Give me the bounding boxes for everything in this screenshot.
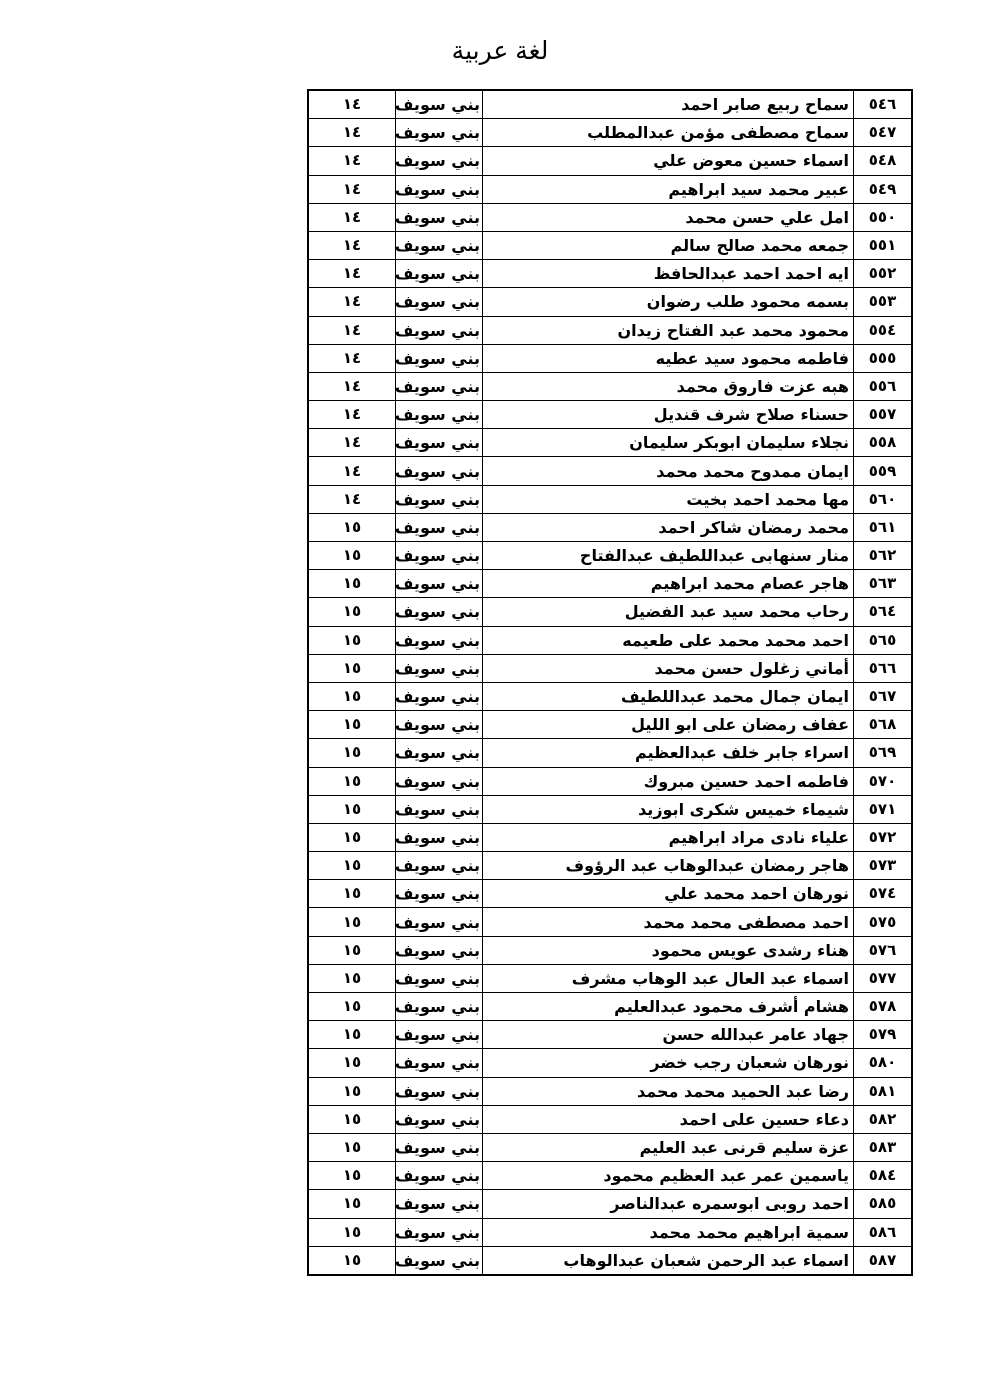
name-cell: أماني زغلول حسن محمد [483, 654, 854, 682]
table-row: ٥٧٧اسماء عبد العال عبد الوهاب مشرفبني سو… [308, 964, 912, 992]
governorate-cell: بني سويف [396, 936, 483, 964]
table-row: ٥٦٤رحاب محمد سيد عبد الفضيلبني سويف١٥ [308, 598, 912, 626]
table-row: ٥٧٣هاجر رمضان عبدالوهاب عبد الرؤوفبني سو… [308, 852, 912, 880]
row-number-cell: ٥٧٦ [854, 936, 913, 964]
row-number-cell: ٥٥٥ [854, 344, 913, 372]
table-row: ٥٧٠فاطمه احمد حسين مبروكبني سويف١٥ [308, 767, 912, 795]
name-cell: فاطمه محمود سيد عطيه [483, 344, 854, 372]
row-number-cell: ٥٨٤ [854, 1162, 913, 1190]
table-row: ٥٧١شيماء خميس شكرى ابوزيدبني سويف١٥ [308, 795, 912, 823]
row-number-cell: ٥٨٣ [854, 1133, 913, 1161]
row-number-cell: ٥٥٤ [854, 316, 913, 344]
group-cell: ١٤ [308, 485, 396, 513]
governorate-cell: بني سويف [396, 260, 483, 288]
name-cell: اسماء حسين معوض علي [483, 147, 854, 175]
table-row: ٥٧٥احمد مصطفى محمد محمدبني سويف١٥ [308, 908, 912, 936]
governorate-cell: بني سويف [396, 90, 483, 119]
table-row: ٥٥٧حسناء صلاح شرف قنديلبني سويف١٤ [308, 401, 912, 429]
governorate-cell: بني سويف [396, 682, 483, 710]
row-number-cell: ٥٨٦ [854, 1218, 913, 1246]
group-cell: ١٥ [308, 598, 396, 626]
governorate-cell: بني سويف [396, 175, 483, 203]
name-cell: دعاء حسين على احمد [483, 1105, 854, 1133]
group-cell: ١٤ [308, 344, 396, 372]
name-cell: جمعه محمد صالح سالم [483, 231, 854, 259]
name-cell: هشام أشرف محمود عبدالعليم [483, 993, 854, 1021]
group-cell: ١٥ [308, 880, 396, 908]
name-cell: حسناء صلاح شرف قنديل [483, 401, 854, 429]
governorate-cell: بني سويف [396, 344, 483, 372]
group-cell: ١٥ [308, 1077, 396, 1105]
name-cell: عبير محمد سيد ابراهيم [483, 175, 854, 203]
governorate-cell: بني سويف [396, 401, 483, 429]
group-cell: ١٥ [308, 570, 396, 598]
name-cell: نورهان احمد محمد علي [483, 880, 854, 908]
table-row: ٥٥٦هبه عزت فاروق محمدبني سويف١٤ [308, 372, 912, 400]
governorate-cell: بني سويف [396, 542, 483, 570]
governorate-cell: بني سويف [396, 711, 483, 739]
table-row: ٥٧٩جهاد عامر عبدالله حسنبني سويف١٥ [308, 1021, 912, 1049]
name-cell: احمد مصطفى محمد محمد [483, 908, 854, 936]
governorate-cell: بني سويف [396, 457, 483, 485]
group-cell: ١٥ [308, 513, 396, 541]
table-row: ٥٤٦سماح ربيع صابر احمدبني سويف١٤ [308, 90, 912, 119]
row-number-cell: ٥٧٣ [854, 852, 913, 880]
table-row: ٥٧٢علياء نادى مراد ابراهيمبني سويف١٥ [308, 823, 912, 851]
table-row: ٥٧٤نورهان احمد محمد عليبني سويف١٥ [308, 880, 912, 908]
table-row: ٥٥٠امل علي حسن محمدبني سويف١٤ [308, 203, 912, 231]
group-cell: ١٥ [308, 1049, 396, 1077]
row-number-cell: ٥٧٤ [854, 880, 913, 908]
group-cell: ١٥ [308, 936, 396, 964]
name-cell: نورهان شعبان رجب خضر [483, 1049, 854, 1077]
table-row: ٥٤٨اسماء حسين معوض عليبني سويف١٤ [308, 147, 912, 175]
group-cell: ١٥ [308, 1246, 396, 1275]
governorate-cell: بني سويف [396, 316, 483, 344]
row-number-cell: ٥٨٥ [854, 1190, 913, 1218]
table-row: ٥٦٥احمد محمد محمد على طعيمهبني سويف١٥ [308, 626, 912, 654]
group-cell: ١٥ [308, 993, 396, 1021]
group-cell: ١٥ [308, 682, 396, 710]
group-cell: ١٤ [308, 90, 396, 119]
row-number-cell: ٥٥٦ [854, 372, 913, 400]
name-cell: ايمان ممدوح محمد محمد [483, 457, 854, 485]
row-number-cell: ٥٨٢ [854, 1105, 913, 1133]
row-number-cell: ٥٦٢ [854, 542, 913, 570]
row-number-cell: ٥٨٧ [854, 1246, 913, 1275]
table-row: ٥٤٧سماح مصطفى مؤمن عبدالمطلببني سويف١٤ [308, 119, 912, 147]
table-row: ٥٧٨هشام أشرف محمود عبدالعليمبني سويف١٥ [308, 993, 912, 1021]
group-cell: ١٥ [308, 795, 396, 823]
row-number-cell: ٥٥١ [854, 231, 913, 259]
table-row: ٥٥٤محمود محمد عبد الفتاح زيدانبني سويف١٤ [308, 316, 912, 344]
group-cell: ١٥ [308, 1021, 396, 1049]
group-cell: ١٤ [308, 119, 396, 147]
group-cell: ١٥ [308, 1162, 396, 1190]
governorate-cell: بني سويف [396, 626, 483, 654]
name-cell: مها محمد احمد بخيت [483, 485, 854, 513]
table-row: ٥٦٧ايمان جمال محمد عبداللطيفبني سويف١٥ [308, 682, 912, 710]
governorate-cell: بني سويف [396, 1218, 483, 1246]
name-cell: هاجر عصام محمد ابراهيم [483, 570, 854, 598]
group-cell: ١٤ [308, 401, 396, 429]
name-cell: رحاب محمد سيد عبد الفضيل [483, 598, 854, 626]
name-cell: فاطمه احمد حسين مبروك [483, 767, 854, 795]
table-row: ٥٥١جمعه محمد صالح سالمبني سويف١٤ [308, 231, 912, 259]
group-cell: ١٥ [308, 1105, 396, 1133]
governorate-cell: بني سويف [396, 993, 483, 1021]
name-cell: ايه احمد احمد عبدالحافظ [483, 260, 854, 288]
governorate-cell: بني سويف [396, 654, 483, 682]
row-number-cell: ٥٥٨ [854, 429, 913, 457]
name-cell: بسمه محمود طلب رضوان [483, 288, 854, 316]
table-row: ٥٦٩اسراء جابر خلف عبدالعظيمبني سويف١٥ [308, 739, 912, 767]
group-cell: ١٤ [308, 429, 396, 457]
governorate-cell: بني سويف [396, 823, 483, 851]
table-row: ٥٨٠نورهان شعبان رجب خضربني سويف١٥ [308, 1049, 912, 1077]
group-cell: ١٥ [308, 767, 396, 795]
governorate-cell: بني سويف [396, 231, 483, 259]
table-row: ٥٨٣عزة سليم قرنى عبد العليمبني سويف١٥ [308, 1133, 912, 1161]
table-row: ٥٨٢دعاء حسين على احمدبني سويف١٥ [308, 1105, 912, 1133]
group-cell: ١٥ [308, 542, 396, 570]
governorate-cell: بني سويف [396, 1021, 483, 1049]
governorate-cell: بني سويف [396, 598, 483, 626]
governorate-cell: بني سويف [396, 485, 483, 513]
name-cell: منار سنهابى عبداللطيف عبدالفتاح [483, 542, 854, 570]
governorate-cell: بني سويف [396, 964, 483, 992]
row-number-cell: ٥٦٦ [854, 654, 913, 682]
name-cell: اسماء عبد العال عبد الوهاب مشرف [483, 964, 854, 992]
governorate-cell: بني سويف [396, 852, 483, 880]
table-row: ٥٥٩ايمان ممدوح محمد محمدبني سويف١٤ [308, 457, 912, 485]
table-row: ٥٨٤ياسمين عمر عبد العظيم محمودبني سويف١٥ [308, 1162, 912, 1190]
row-number-cell: ٥٥٧ [854, 401, 913, 429]
group-cell: ١٤ [308, 316, 396, 344]
governorate-cell: بني سويف [396, 739, 483, 767]
governorate-cell: بني سويف [396, 908, 483, 936]
group-cell: ١٤ [308, 457, 396, 485]
governorate-cell: بني سويف [396, 429, 483, 457]
row-number-cell: ٥٥٩ [854, 457, 913, 485]
governorate-cell: بني سويف [396, 795, 483, 823]
group-cell: ١٤ [308, 175, 396, 203]
group-cell: ١٥ [308, 654, 396, 682]
row-number-cell: ٥٤٧ [854, 119, 913, 147]
table-row: ٥٥٣بسمه محمود طلب رضوانبني سويف١٤ [308, 288, 912, 316]
row-number-cell: ٥٤٨ [854, 147, 913, 175]
name-cell: عفاف رمضان على ابو الليل [483, 711, 854, 739]
governorate-cell: بني سويف [396, 570, 483, 598]
row-number-cell: ٥٦٧ [854, 682, 913, 710]
name-cell: شيماء خميس شكرى ابوزيد [483, 795, 854, 823]
row-number-cell: ٥٤٦ [854, 90, 913, 119]
table-row: ٥٨٦سمية ابراهيم محمد محمدبني سويف١٥ [308, 1218, 912, 1246]
row-number-cell: ٥٥٢ [854, 260, 913, 288]
row-number-cell: ٥٧٢ [854, 823, 913, 851]
governorate-cell: بني سويف [396, 147, 483, 175]
governorate-cell: بني سويف [396, 1049, 483, 1077]
governorate-cell: بني سويف [396, 119, 483, 147]
governorate-cell: بني سويف [396, 288, 483, 316]
name-cell: هناء رشدى عويس محمود [483, 936, 854, 964]
name-cell: نجلاء سليمان ابوبكر سليمان [483, 429, 854, 457]
table-row: ٥٦٢منار سنهابى عبداللطيف عبدالفتاحبني سو… [308, 542, 912, 570]
governorate-cell: بني سويف [396, 513, 483, 541]
name-cell: اسراء جابر خلف عبدالعظيم [483, 739, 854, 767]
group-cell: ١٥ [308, 1190, 396, 1218]
table-row: ٥٤٩عبير محمد سيد ابراهيمبني سويف١٤ [308, 175, 912, 203]
group-cell: ١٥ [308, 626, 396, 654]
row-number-cell: ٥٦٣ [854, 570, 913, 598]
group-cell: ١٥ [308, 823, 396, 851]
name-cell: ياسمين عمر عبد العظيم محمود [483, 1162, 854, 1190]
governorate-cell: بني سويف [396, 1162, 483, 1190]
group-cell: ١٤ [308, 231, 396, 259]
table-row: ٥٨٥احمد روبى ابوسمره عبدالناصربني سويف١٥ [308, 1190, 912, 1218]
row-number-cell: ٥٦٠ [854, 485, 913, 513]
group-cell: ١٥ [308, 739, 396, 767]
group-cell: ١٤ [308, 147, 396, 175]
name-cell: هبه عزت فاروق محمد [483, 372, 854, 400]
row-number-cell: ٥٧٠ [854, 767, 913, 795]
row-number-cell: ٥٧٩ [854, 1021, 913, 1049]
row-number-cell: ٥٦١ [854, 513, 913, 541]
table-row: ٥٧٦هناء رشدى عويس محمودبني سويف١٥ [308, 936, 912, 964]
table-row: ٥٥٥فاطمه محمود سيد عطيهبني سويف١٤ [308, 344, 912, 372]
roster-table: ٥٤٦سماح ربيع صابر احمدبني سويف١٤٥٤٧سماح … [307, 89, 913, 1276]
row-number-cell: ٥٧٨ [854, 993, 913, 1021]
name-cell: اسماء عبد الرحمن شعبان عبدالوهاب [483, 1246, 854, 1275]
table-row: ٥٦٦أماني زغلول حسن محمدبني سويف١٥ [308, 654, 912, 682]
row-number-cell: ٥٦٥ [854, 626, 913, 654]
name-cell: احمد محمد محمد على طعيمه [483, 626, 854, 654]
page-title: لغة عربية [0, 36, 990, 66]
table-row: ٥٦٠مها محمد احمد بخيتبني سويف١٤ [308, 485, 912, 513]
governorate-cell: بني سويف [396, 1133, 483, 1161]
row-number-cell: ٥٦٨ [854, 711, 913, 739]
row-number-cell: ٥٨١ [854, 1077, 913, 1105]
name-cell: امل علي حسن محمد [483, 203, 854, 231]
governorate-cell: بني سويف [396, 767, 483, 795]
group-cell: ١٤ [308, 260, 396, 288]
row-number-cell: ٥٦٩ [854, 739, 913, 767]
table-row: ٥٦٨عفاف رمضان على ابو الليلبني سويف١٥ [308, 711, 912, 739]
name-cell: سماح مصطفى مؤمن عبدالمطلب [483, 119, 854, 147]
group-cell: ١٥ [308, 1133, 396, 1161]
group-cell: ١٥ [308, 711, 396, 739]
governorate-cell: بني سويف [396, 203, 483, 231]
row-number-cell: ٥٤٩ [854, 175, 913, 203]
group-cell: ١٤ [308, 288, 396, 316]
row-number-cell: ٥٧٥ [854, 908, 913, 936]
name-cell: جهاد عامر عبدالله حسن [483, 1021, 854, 1049]
table-row: ٥٥٢ايه احمد احمد عبدالحافظبني سويف١٤ [308, 260, 912, 288]
group-cell: ١٥ [308, 908, 396, 936]
name-cell: ايمان جمال محمد عبداللطيف [483, 682, 854, 710]
row-number-cell: ٥٨٠ [854, 1049, 913, 1077]
table-row: ٥٦١محمد رمضان شاكر احمدبني سويف١٥ [308, 513, 912, 541]
governorate-cell: بني سويف [396, 880, 483, 908]
table-row: ٥٥٨نجلاء سليمان ابوبكر سليمانبني سويف١٤ [308, 429, 912, 457]
name-cell: محمد رمضان شاكر احمد [483, 513, 854, 541]
group-cell: ١٥ [308, 852, 396, 880]
group-cell: ١٥ [308, 964, 396, 992]
name-cell: علياء نادى مراد ابراهيم [483, 823, 854, 851]
name-cell: هاجر رمضان عبدالوهاب عبد الرؤوف [483, 852, 854, 880]
name-cell: سمية ابراهيم محمد محمد [483, 1218, 854, 1246]
row-number-cell: ٥٦٤ [854, 598, 913, 626]
governorate-cell: بني سويف [396, 372, 483, 400]
row-number-cell: ٥٥٠ [854, 203, 913, 231]
name-cell: رضا عبد الحميد محمد محمد [483, 1077, 854, 1105]
roster-table-body: ٥٤٦سماح ربيع صابر احمدبني سويف١٤٥٤٧سماح … [308, 90, 912, 1275]
name-cell: سماح ربيع صابر احمد [483, 90, 854, 119]
table-row: ٥٦٣هاجر عصام محمد ابراهيمبني سويف١٥ [308, 570, 912, 598]
name-cell: عزة سليم قرنى عبد العليم [483, 1133, 854, 1161]
row-number-cell: ٥٥٣ [854, 288, 913, 316]
row-number-cell: ٥٧١ [854, 795, 913, 823]
group-cell: ١٥ [308, 1218, 396, 1246]
group-cell: ١٤ [308, 372, 396, 400]
group-cell: ١٤ [308, 203, 396, 231]
governorate-cell: بني سويف [396, 1190, 483, 1218]
table-row: ٥٨١رضا عبد الحميد محمد محمدبني سويف١٥ [308, 1077, 912, 1105]
name-cell: محمود محمد عبد الفتاح زيدان [483, 316, 854, 344]
table-row: ٥٨٧اسماء عبد الرحمن شعبان عبدالوهاببني س… [308, 1246, 912, 1275]
governorate-cell: بني سويف [396, 1077, 483, 1105]
row-number-cell: ٥٧٧ [854, 964, 913, 992]
governorate-cell: بني سويف [396, 1105, 483, 1133]
governorate-cell: بني سويف [396, 1246, 483, 1275]
name-cell: احمد روبى ابوسمره عبدالناصر [483, 1190, 854, 1218]
